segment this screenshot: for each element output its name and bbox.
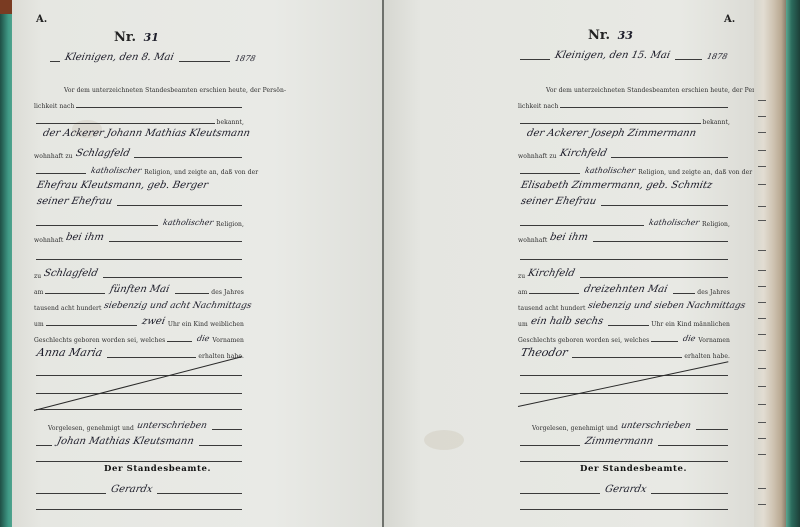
page-edge-ticks	[758, 0, 768, 527]
identity-prefix: lichkeit nach	[34, 103, 74, 110]
mother-relation: seiner Ehefrau	[36, 196, 113, 207]
place-date: Kleinigen, den 15. Mai	[554, 50, 671, 61]
place: Kirchfeld	[527, 268, 576, 279]
residence: Schlagfeld	[74, 148, 130, 159]
gender-text: Geschlechts geboren worden sei, welches	[518, 337, 649, 344]
time-label: um	[34, 321, 44, 328]
closing-text: Vorgelesen, genehmigt und	[48, 425, 134, 432]
day-label: am	[34, 289, 43, 296]
residence: Kirchfeld	[558, 148, 607, 159]
time-label: um	[518, 321, 528, 328]
religion-label: Religion,	[702, 221, 730, 228]
closing-signed: unterschrieben	[136, 421, 208, 431]
mother-residence: bei ihm	[549, 232, 589, 243]
religion-text: Religion, und zeigte an, daß von der	[638, 169, 752, 176]
birth-record-form-right: Kleinigen, den 15. Mai 1878 Vor dem unte…	[518, 0, 738, 527]
place-date-row: Kleinigen, den 8. Mai 1878	[48, 52, 258, 64]
name-label: Vornamen	[212, 337, 244, 344]
religion-informant: katholischer	[90, 166, 142, 175]
mother-relation: seiner Ehefrau	[520, 196, 597, 207]
birth-day: fünften Mai	[109, 284, 171, 295]
year-prefix: tausend acht hundert	[518, 305, 585, 312]
place-label: zu	[518, 273, 525, 280]
year: 1878	[706, 52, 728, 61]
witness-signature: Johan Mathias Kleutsmann	[56, 436, 195, 447]
religion-mother: katholischer	[648, 218, 700, 227]
informant: der Ackerer Joseph Zimmermann	[526, 128, 697, 139]
child-name: Theodor	[520, 346, 569, 359]
birth-time: zwei	[141, 316, 166, 327]
year-words: siebenzig und sieben Nachmittags	[587, 301, 746, 311]
mother-residence-label: wohnhaft	[518, 237, 547, 244]
religion-text: Religion, und zeigte an, daß von der	[144, 169, 258, 176]
child-name: Anna Maria	[36, 346, 104, 359]
mother: Elisabeth Zimmermann, geb. Schmitz	[520, 180, 714, 191]
closing-text: Vorgelesen, genehmigt und	[532, 425, 618, 432]
name-suffix: erhalten habe.	[684, 353, 730, 360]
birth-record-form-left: Kleinigen, den 8. Mai 1878 Vor dem unter…	[34, 0, 254, 527]
mother-residence: bei ihm	[65, 232, 105, 243]
place-label: zu	[34, 273, 41, 280]
witness-signature: Zimmermann	[584, 436, 654, 447]
official-signature: Gerardx	[604, 484, 648, 495]
closing-signed: unterschrieben	[620, 421, 692, 431]
left-page: A. Nr. 31 Kleinigen, den 8. Mai 1878 Vor…	[12, 0, 384, 527]
year-prefix: tausend acht hundert	[34, 305, 101, 312]
time-suffix: Uhr ein Kind männlichen	[651, 321, 730, 328]
year-label: des Jahres	[697, 289, 730, 296]
mother: Ehefrau Kleutsmann, geb. Berger	[36, 180, 209, 191]
book-cover-right	[786, 0, 800, 527]
identity-suffix: bekannt,	[703, 119, 730, 126]
right-page: A. Nr. 33 Kleinigen, den 15. Mai 1878 Vo…	[384, 0, 754, 527]
name-label: Vornamen	[698, 337, 730, 344]
name-prefix: die	[682, 334, 696, 343]
page-edges	[754, 0, 786, 527]
religion-mother: katholischer	[162, 218, 214, 227]
informant: der Ackerer Johann Mathias Kleutsmann	[42, 128, 251, 139]
religion-label: Religion,	[216, 221, 244, 228]
mother-residence-label: wohnhaft	[34, 237, 63, 244]
intro-text: Vor dem unterzeichneten Standesbeamten e…	[546, 87, 768, 94]
residence-label: wohnhaft zu	[34, 153, 73, 160]
official-signature: Gerardx	[110, 484, 154, 495]
day-label: am	[518, 289, 527, 296]
name-prefix: die	[196, 334, 210, 343]
time-suffix: Uhr ein Kind weiblichen	[168, 321, 244, 328]
gender-text: Geschlechts geboren worden sei, welches	[34, 337, 165, 344]
religion-informant: katholischer	[584, 166, 636, 175]
birth-day: dreizehnten Mai	[583, 284, 669, 295]
identity-suffix: bekannt,	[217, 119, 244, 126]
year: 1878	[234, 54, 256, 63]
year-label: des Jahres	[211, 289, 244, 296]
identity-prefix: lichkeit nach	[518, 103, 558, 110]
year-words: siebenzig und acht Nachmittags	[103, 301, 252, 311]
official-title: Der Standesbeamte.	[580, 464, 687, 474]
residence-label: wohnhaft zu	[518, 153, 557, 160]
place-date: Kleinigen, den 8. Mai	[64, 52, 175, 63]
official-title: Der Standesbeamte.	[104, 464, 211, 474]
stain	[424, 430, 464, 450]
birth-time: ein halb sechs	[530, 316, 604, 327]
intro-text: Vor dem unterzeichneten Standesbeamten e…	[64, 87, 286, 94]
place: Schlagfeld	[43, 268, 99, 279]
